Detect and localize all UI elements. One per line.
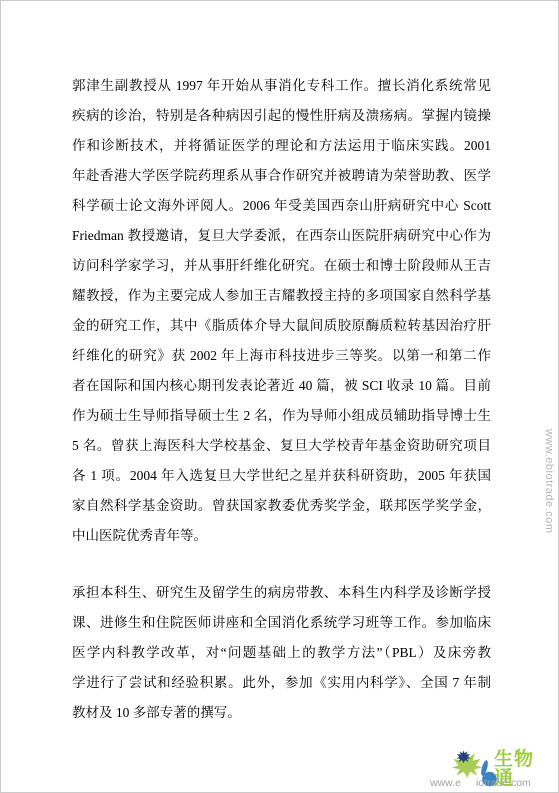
text-line: 教材及 10 多部专著的撰写。 [72, 698, 491, 728]
text-line: Friedman 教授邀请，复旦大学委派，在西奈山医院肝病研究中心作为 [72, 221, 491, 251]
text-line: 金的研究工作，其中《脂质体介导大鼠间质胶原酶质粒转基因治疗肝 [72, 311, 491, 341]
text-line: 疾病的诊治，特别是各种病因引起的慢性肝病及溃疡病。掌握内镜操 [72, 101, 491, 131]
text-line: 中山医院优秀青年等。 [72, 521, 491, 551]
text-line: 纤维化的研究》获 2002 年上海市科技进步三等奖。以第一和第二作 [72, 341, 491, 371]
text-line: 科学硕士论文海外评阅人。2006 年受美国西奈山肝病研究中心 Scott [72, 191, 491, 221]
ebiotrade-logo[interactable]: 生物通 www.eiotrade.com [430, 751, 552, 789]
document-page: 郭津生副教授从 1997 年开始从事消化专科工作。擅长消化系统常见疾病的诊治，特… [0, 0, 559, 793]
text-line: 作和诊断技术，并将循证医学的理论和方法运用于临床实践。2001 [72, 131, 491, 161]
text-line: 承担本科生、研究生及留学生的病房带教、本科生内科学及诊断学授 [72, 578, 491, 608]
logo-url-prefix: www.e [430, 777, 461, 789]
text-line: 耀教授，作为主要完成人参加王吉耀教授主持的多项国家自然科学基 [72, 281, 491, 311]
text-line: 课、进修生和住院医师讲座和全国消化系统学习班等工作。参加临床 [72, 608, 491, 638]
text-line: 家自然科学基金资助。曾获国家教委优秀奖学金，联邦医学奖学金， [72, 491, 491, 521]
text-line: 作为硕士生导师指导硕士生 2 名，作为导师小组成员辅助指导博士生 [72, 401, 491, 431]
text-line: 年赴香港大学医学院药理系从事合作研究并被聘请为荣誉助教、医学 [72, 161, 491, 191]
paragraph-biography: 郭津生副教授从 1997 年开始从事消化专科工作。擅长消化系统常见疾病的诊治，特… [72, 71, 491, 551]
document-body: 郭津生副教授从 1997 年开始从事消化专科工作。擅长消化系统常见疾病的诊治，特… [72, 71, 491, 728]
text-line: 者在国际和国内核心期刊发表论著近 40 篇，被 SCI 收录 10 篇。目前 [72, 371, 491, 401]
text-line: 各 1 项。2004 年入选复旦大学世纪之星并获科研资助，2005 年获国 [72, 461, 491, 491]
logo-url: www.eiotrade.com [430, 778, 531, 789]
logo-url-suffix: iotrade.com [476, 777, 531, 789]
text-line: 访问科学家学习，并从事肝纤维化研究。在硕士和博士阶段师从王吉 [72, 251, 491, 281]
text-line: 郭津生副教授从 1997 年开始从事消化专科工作。擅长消化系统常见 [72, 71, 491, 101]
site-watermark: www.ebiotrade.com [543, 429, 555, 534]
text-line: 5 名。曾获上海医科大学校基金、复旦大学校青年基金资助研究项目 [72, 431, 491, 461]
text-line: 学进行了尝试和经验积累。此外，参加《实用内科学》、全国 7 年制 [72, 668, 491, 698]
paragraph-teaching: 承担本科生、研究生及留学生的病房带教、本科生内科学及诊断学授课、进修生和住院医师… [72, 578, 491, 728]
text-line: 医学内科教学改革，对“问题基础上的教学方法”（PBL）及床旁教 [72, 638, 491, 668]
